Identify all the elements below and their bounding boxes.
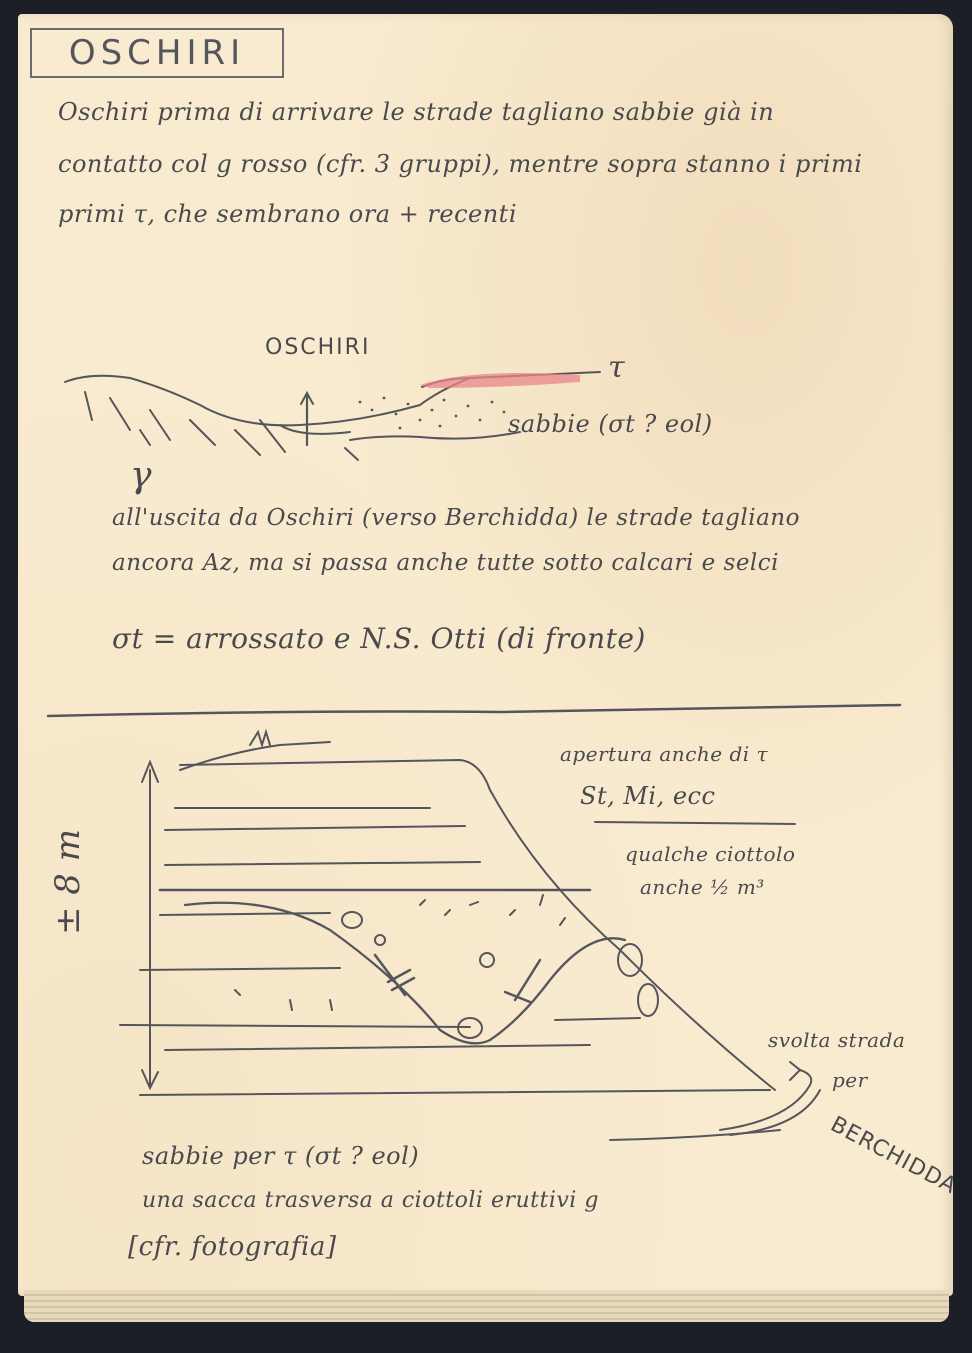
road-label: per xyxy=(832,1068,868,1092)
footer-note: [cfr. fotografia] xyxy=(128,1232,336,1262)
height-scale-label: ± 8 m xyxy=(48,829,88,935)
section-note: qualche ciottolo xyxy=(625,842,795,866)
section-note: anche ½ m³ xyxy=(640,875,765,899)
footer-note: una sacca trasversa a ciottoli eruttivi … xyxy=(142,1188,599,1213)
footer-note: sabbie per τ (σt ? eol) xyxy=(142,1142,419,1170)
section-note: St, Mi, ecc xyxy=(580,782,715,810)
road-label: svolta strada xyxy=(768,1028,905,1052)
section-note: apertura anche di τ xyxy=(560,742,768,766)
